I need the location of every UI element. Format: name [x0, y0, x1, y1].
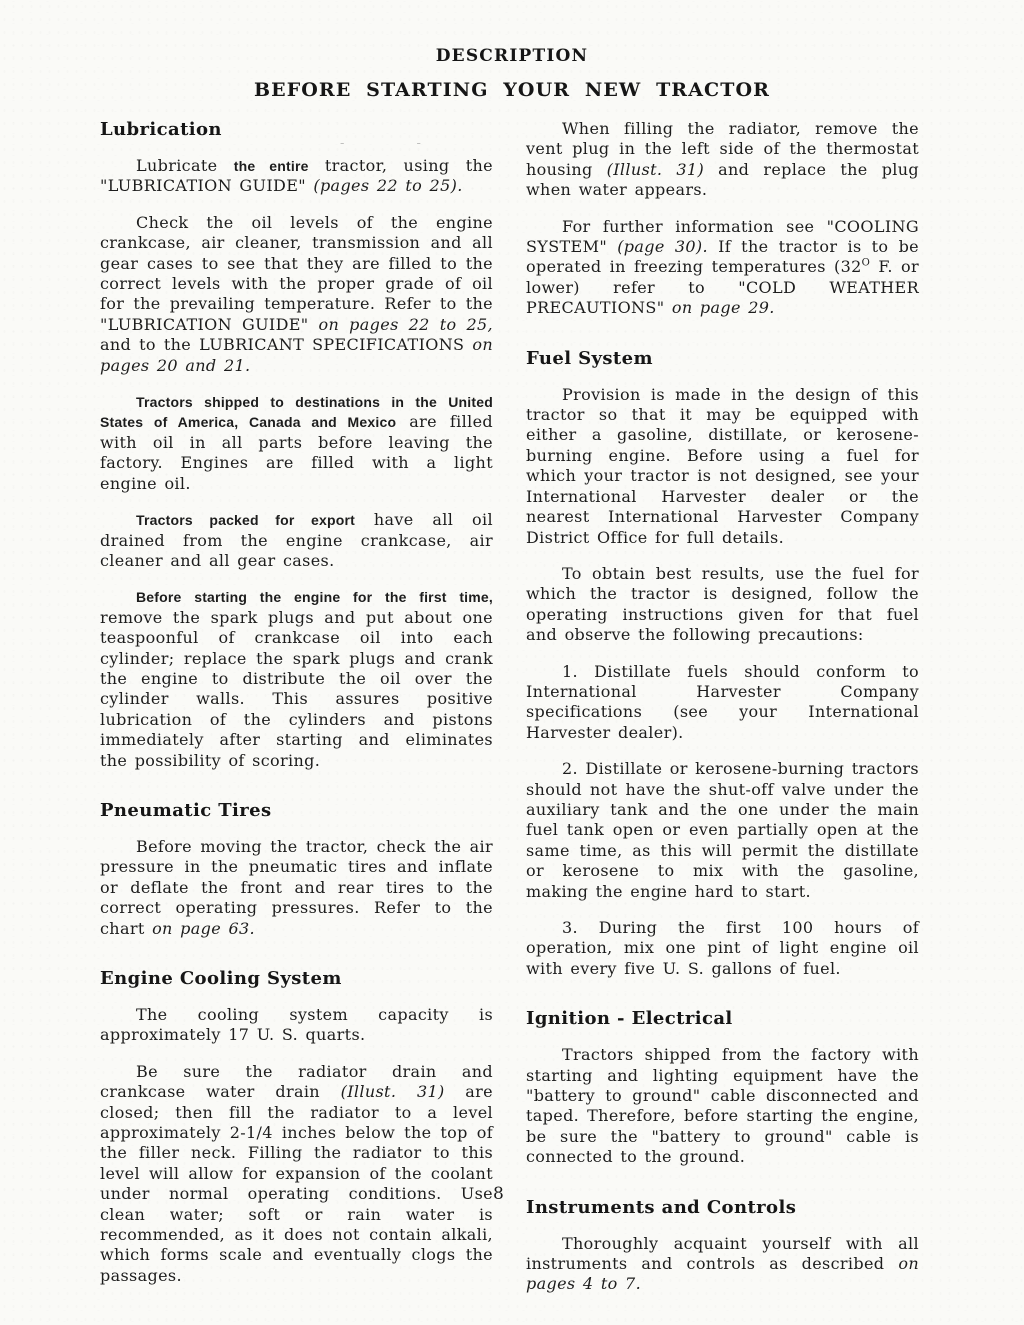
- text-run: O: [862, 258, 871, 269]
- paragraph: 3. During the first 100 hours of operati…: [526, 918, 919, 979]
- page-header: DESCRIPTION BEFORE STARTING YOUR NEW TRA…: [0, 0, 1024, 101]
- paragraph: Be sure the radiator drain and crankcase…: [100, 1062, 493, 1286]
- paragraph: 2. Distillate or kerosene-burning tracto…: [526, 759, 919, 902]
- text-run: Tractors shipped from the factory with s…: [526, 1045, 919, 1166]
- section-heading: Engine Cooling System: [100, 968, 493, 989]
- text-run: on pages 22 to 25,: [319, 315, 493, 334]
- section-heading: Fuel System: [526, 348, 919, 369]
- text-run: the entire: [234, 158, 309, 174]
- text-run: (pages 22 to 25).: [313, 176, 462, 195]
- right-column: When filling the radiator, remove the ve…: [526, 119, 919, 1295]
- page-number: 8: [493, 1184, 504, 1204]
- paragraph: To obtain best results, use the fuel for…: [526, 564, 919, 646]
- paragraph: Check the oil levels of the engine crank…: [100, 213, 493, 376]
- text-run: on page 29.: [672, 298, 775, 317]
- paragraph: The cooling system capacity is approxima…: [100, 1005, 493, 1046]
- two-column-layout: LubricationLubricate the entire tractor,…: [100, 119, 920, 1295]
- text-run: are closed; then fill the radiator to a …: [100, 1082, 493, 1285]
- left-column: LubricationLubricate the entire tractor,…: [100, 119, 493, 1295]
- text-run: Provision is made in the design of this …: [526, 385, 919, 547]
- paragraph: Provision is made in the design of this …: [526, 385, 919, 548]
- text-run: (page 30).: [617, 237, 708, 256]
- text-run: Lubricate: [136, 156, 234, 175]
- text-run: The cooling system capacity is approxima…: [100, 1005, 493, 1044]
- text-run: Thoroughly acquaint yourself with all in…: [526, 1234, 919, 1273]
- page-title: DESCRIPTION: [0, 46, 1024, 66]
- paragraph: Before starting the engine for the first…: [100, 587, 493, 771]
- paragraph: Thoroughly acquaint yourself with all in…: [526, 1234, 919, 1295]
- text-run: on page 63.: [152, 919, 255, 938]
- text-run: Before starting the engine for the first…: [136, 589, 493, 605]
- scan-artifact-marks: - -: [340, 136, 500, 146]
- paragraph: Before moving the tractor, check the air…: [100, 837, 493, 939]
- text-run: 3. During the first 100 hours of operati…: [526, 918, 919, 978]
- text-run: 1. Distillate fuels should conform to In…: [526, 662, 919, 742]
- text-run: Tractors packed for export: [136, 512, 355, 528]
- paragraph: Tractors shipped from the factory with s…: [526, 1045, 919, 1167]
- text-run: remove the spark plugs and put about one…: [100, 608, 493, 770]
- paragraph: Tractors shipped to destinations in the …: [100, 392, 493, 494]
- paragraph: Tractors packed for export have all oil …: [100, 510, 493, 571]
- text-run: (Illust. 31): [341, 1082, 445, 1101]
- section-heading: Instruments and Controls: [526, 1197, 919, 1218]
- section-heading: Ignition - Electrical: [526, 1008, 919, 1029]
- section-heading: Pneumatic Tires: [100, 800, 493, 821]
- paragraph: For further information see "COOLING SYS…: [526, 217, 919, 319]
- paragraph: 1. Distillate fuels should conform to In…: [526, 662, 919, 744]
- text-run: (Illust. 31): [607, 160, 704, 179]
- manual-page: DESCRIPTION BEFORE STARTING YOUR NEW TRA…: [0, 0, 1024, 1325]
- text-run: 2. Distillate or kerosene-burning tracto…: [526, 759, 919, 900]
- paragraph: When filling the radiator, remove the ve…: [526, 119, 919, 201]
- text-run: To obtain best results, use the fuel for…: [526, 564, 919, 644]
- text-run: and to the LUBRICANT SPECIFICATIONS: [100, 335, 472, 354]
- paragraph: Lubricate the entire tractor, using the …: [100, 156, 493, 197]
- page-subtitle: BEFORE STARTING YOUR NEW TRACTOR: [0, 79, 1024, 101]
